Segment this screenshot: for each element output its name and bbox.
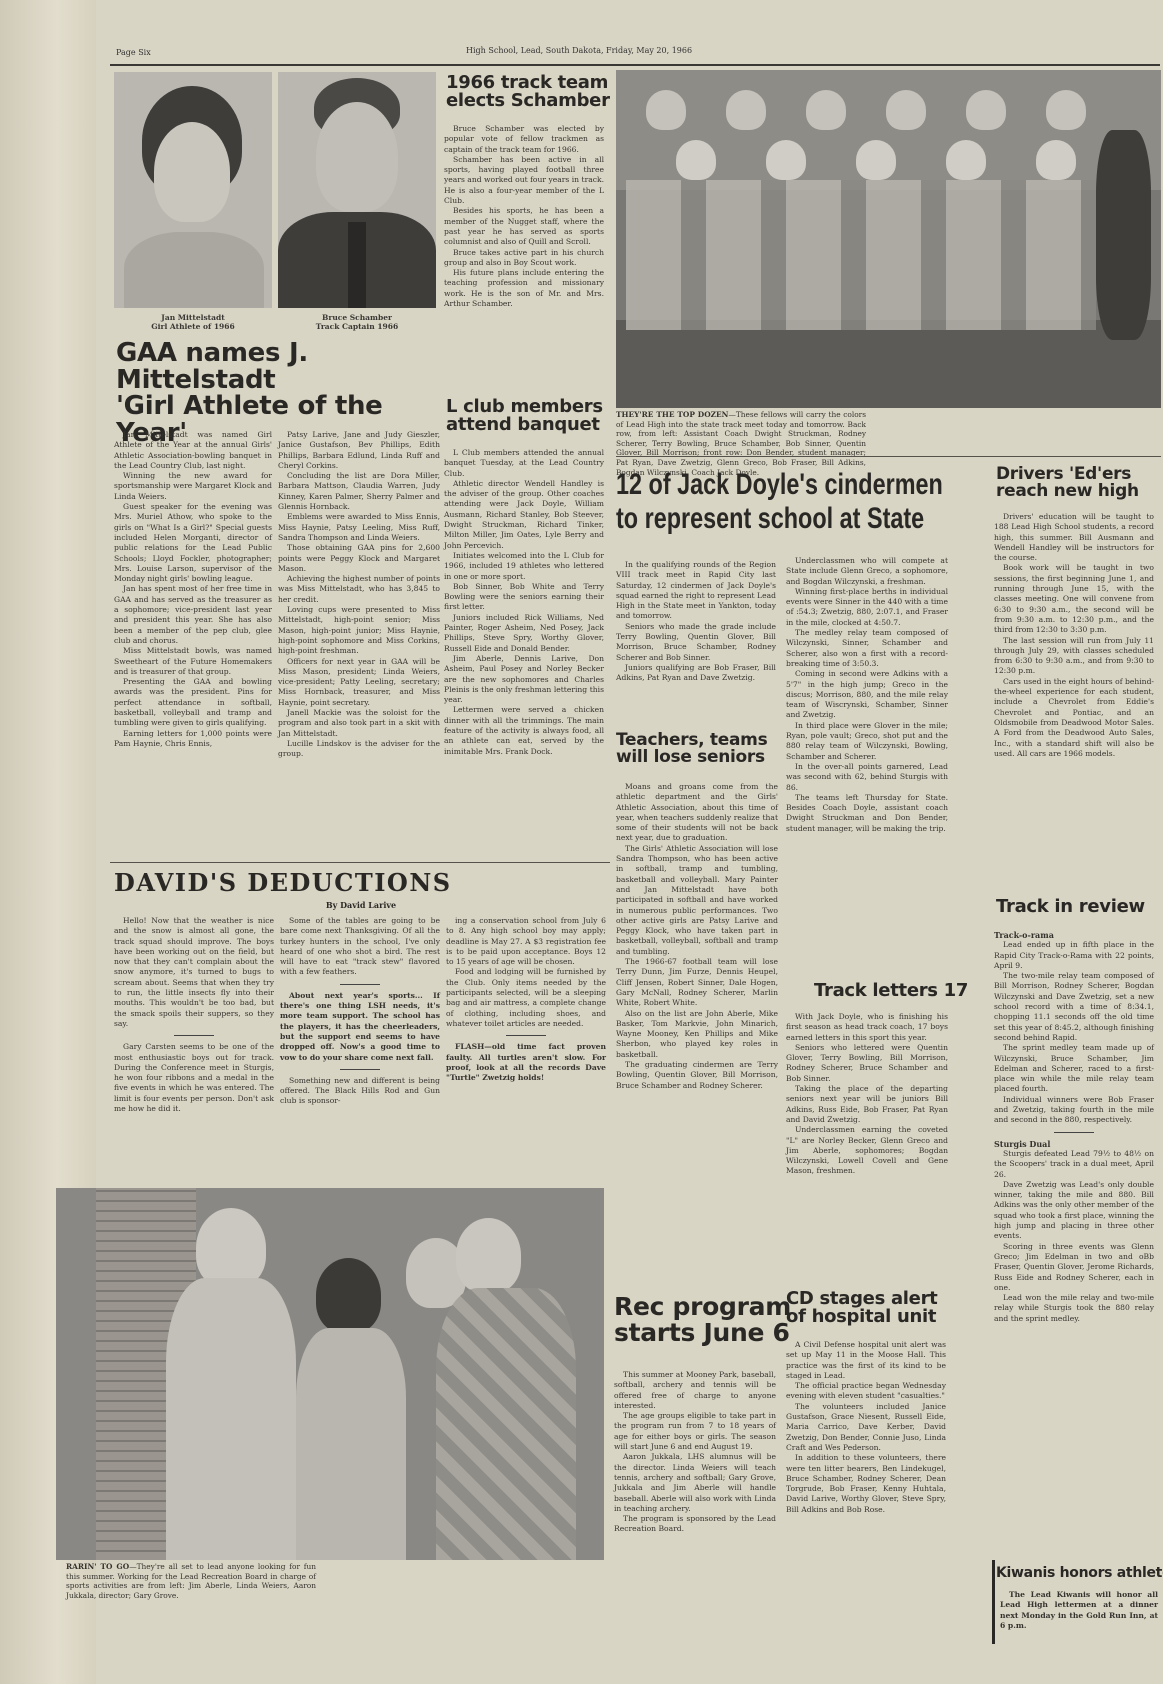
subhead-track-o-rama: Track-o-rama [994,930,1154,940]
caption-mittelstadt: Jan MittelstadtGirl Athlete of 1966 [114,313,272,331]
cindermen-column-2: Underclassmen who will compete at State … [786,556,948,834]
photo-jan-mittelstadt [114,72,272,308]
headline-l-club: L club membersattend banquet [446,398,616,435]
headline-cd-stages-alert: CD stages alertof hospital unit [786,1290,966,1327]
page-number: Page Six [116,48,151,57]
deductions-column-3: ing a conservation school from July 6 to… [446,916,606,1083]
headline-kiwanis: Kiwanis honors athletes [996,1566,1163,1580]
caption-schamber: Bruce SchamberTrack Captain 1966 [278,313,436,331]
headline-drivers-ed: Drivers 'Ed'ersreach new high [996,466,1163,501]
captain-article-body: Bruce Schamber was elected by popular vo… [444,124,604,309]
kiwanis-box-border [992,1560,995,1644]
caption-rule [616,456,1161,457]
gaa-column-1: Jan Mittelstadt was named Girl Athlete o… [114,430,272,749]
rec-program-article-body: This summer at Mooney Park, baseball, so… [614,1370,776,1535]
drivers-ed-article-body: Drivers' education will be taught to 188… [994,512,1154,759]
header-rule [110,64,1160,66]
photo-bruce-schamber [278,72,436,308]
cd-alert-article-body: A Civil Defense hospital unit alert was … [786,1340,946,1515]
subhead-sturgis-dual: Sturgis Dual [994,1139,1154,1149]
deductions-column-2: Some of the tables are going to be bare … [280,916,440,1107]
newspaper-page: Page Six High School, Lead, South Dakota… [96,0,1163,1684]
l-club-article-body: L Club members attended the annual banqu… [444,448,604,757]
teachers-article-body: Moans and groans come from the athletic … [616,782,778,1091]
track-review-article-body: Track-o-rama Lead ended up in fifth plac… [994,930,1154,1324]
deductions-column-1: Hello! Now that the weather is nice and … [114,916,274,1114]
photo-track-team [616,70,1161,408]
headline-track-letters: Track letters 17 [814,982,984,1000]
headline-track-in-review: Track in review [996,898,1163,916]
headline-teachers-teams: Teachers, teamswill lose seniors [616,732,786,767]
gaa-column-2: Patsy Larive, Jane and Judy Gieszler, Ja… [278,430,440,760]
section-rule [110,862,610,863]
headline-track-captain: 1966 track teamelects Schamber [446,74,616,111]
masthead-dateline: High School, Lead, South Dakota, Friday,… [466,46,692,55]
track-letters-article-body: With Jack Doyle, who is finishing his fi… [786,1012,948,1177]
photo-recreation-staff [56,1188,604,1560]
headline-cindermen: 12 of Jack Doyle's cindermento represent… [616,468,943,536]
rec-photo-caption: RARIN' TO GO—They're all set to lead any… [66,1562,316,1600]
kiwanis-article-body: The Lead Kiwanis will honor all Lead Hig… [1000,1590,1158,1631]
cindermen-column-1: In the qualifying rounds of the Region V… [616,560,776,684]
headline-davids-deductions: DAVID'S DEDUCTIONS [114,868,452,897]
byline-david-larive: By David Larive [276,900,446,910]
headline-rec-program: Rec programstarts June 6 [614,1294,794,1345]
